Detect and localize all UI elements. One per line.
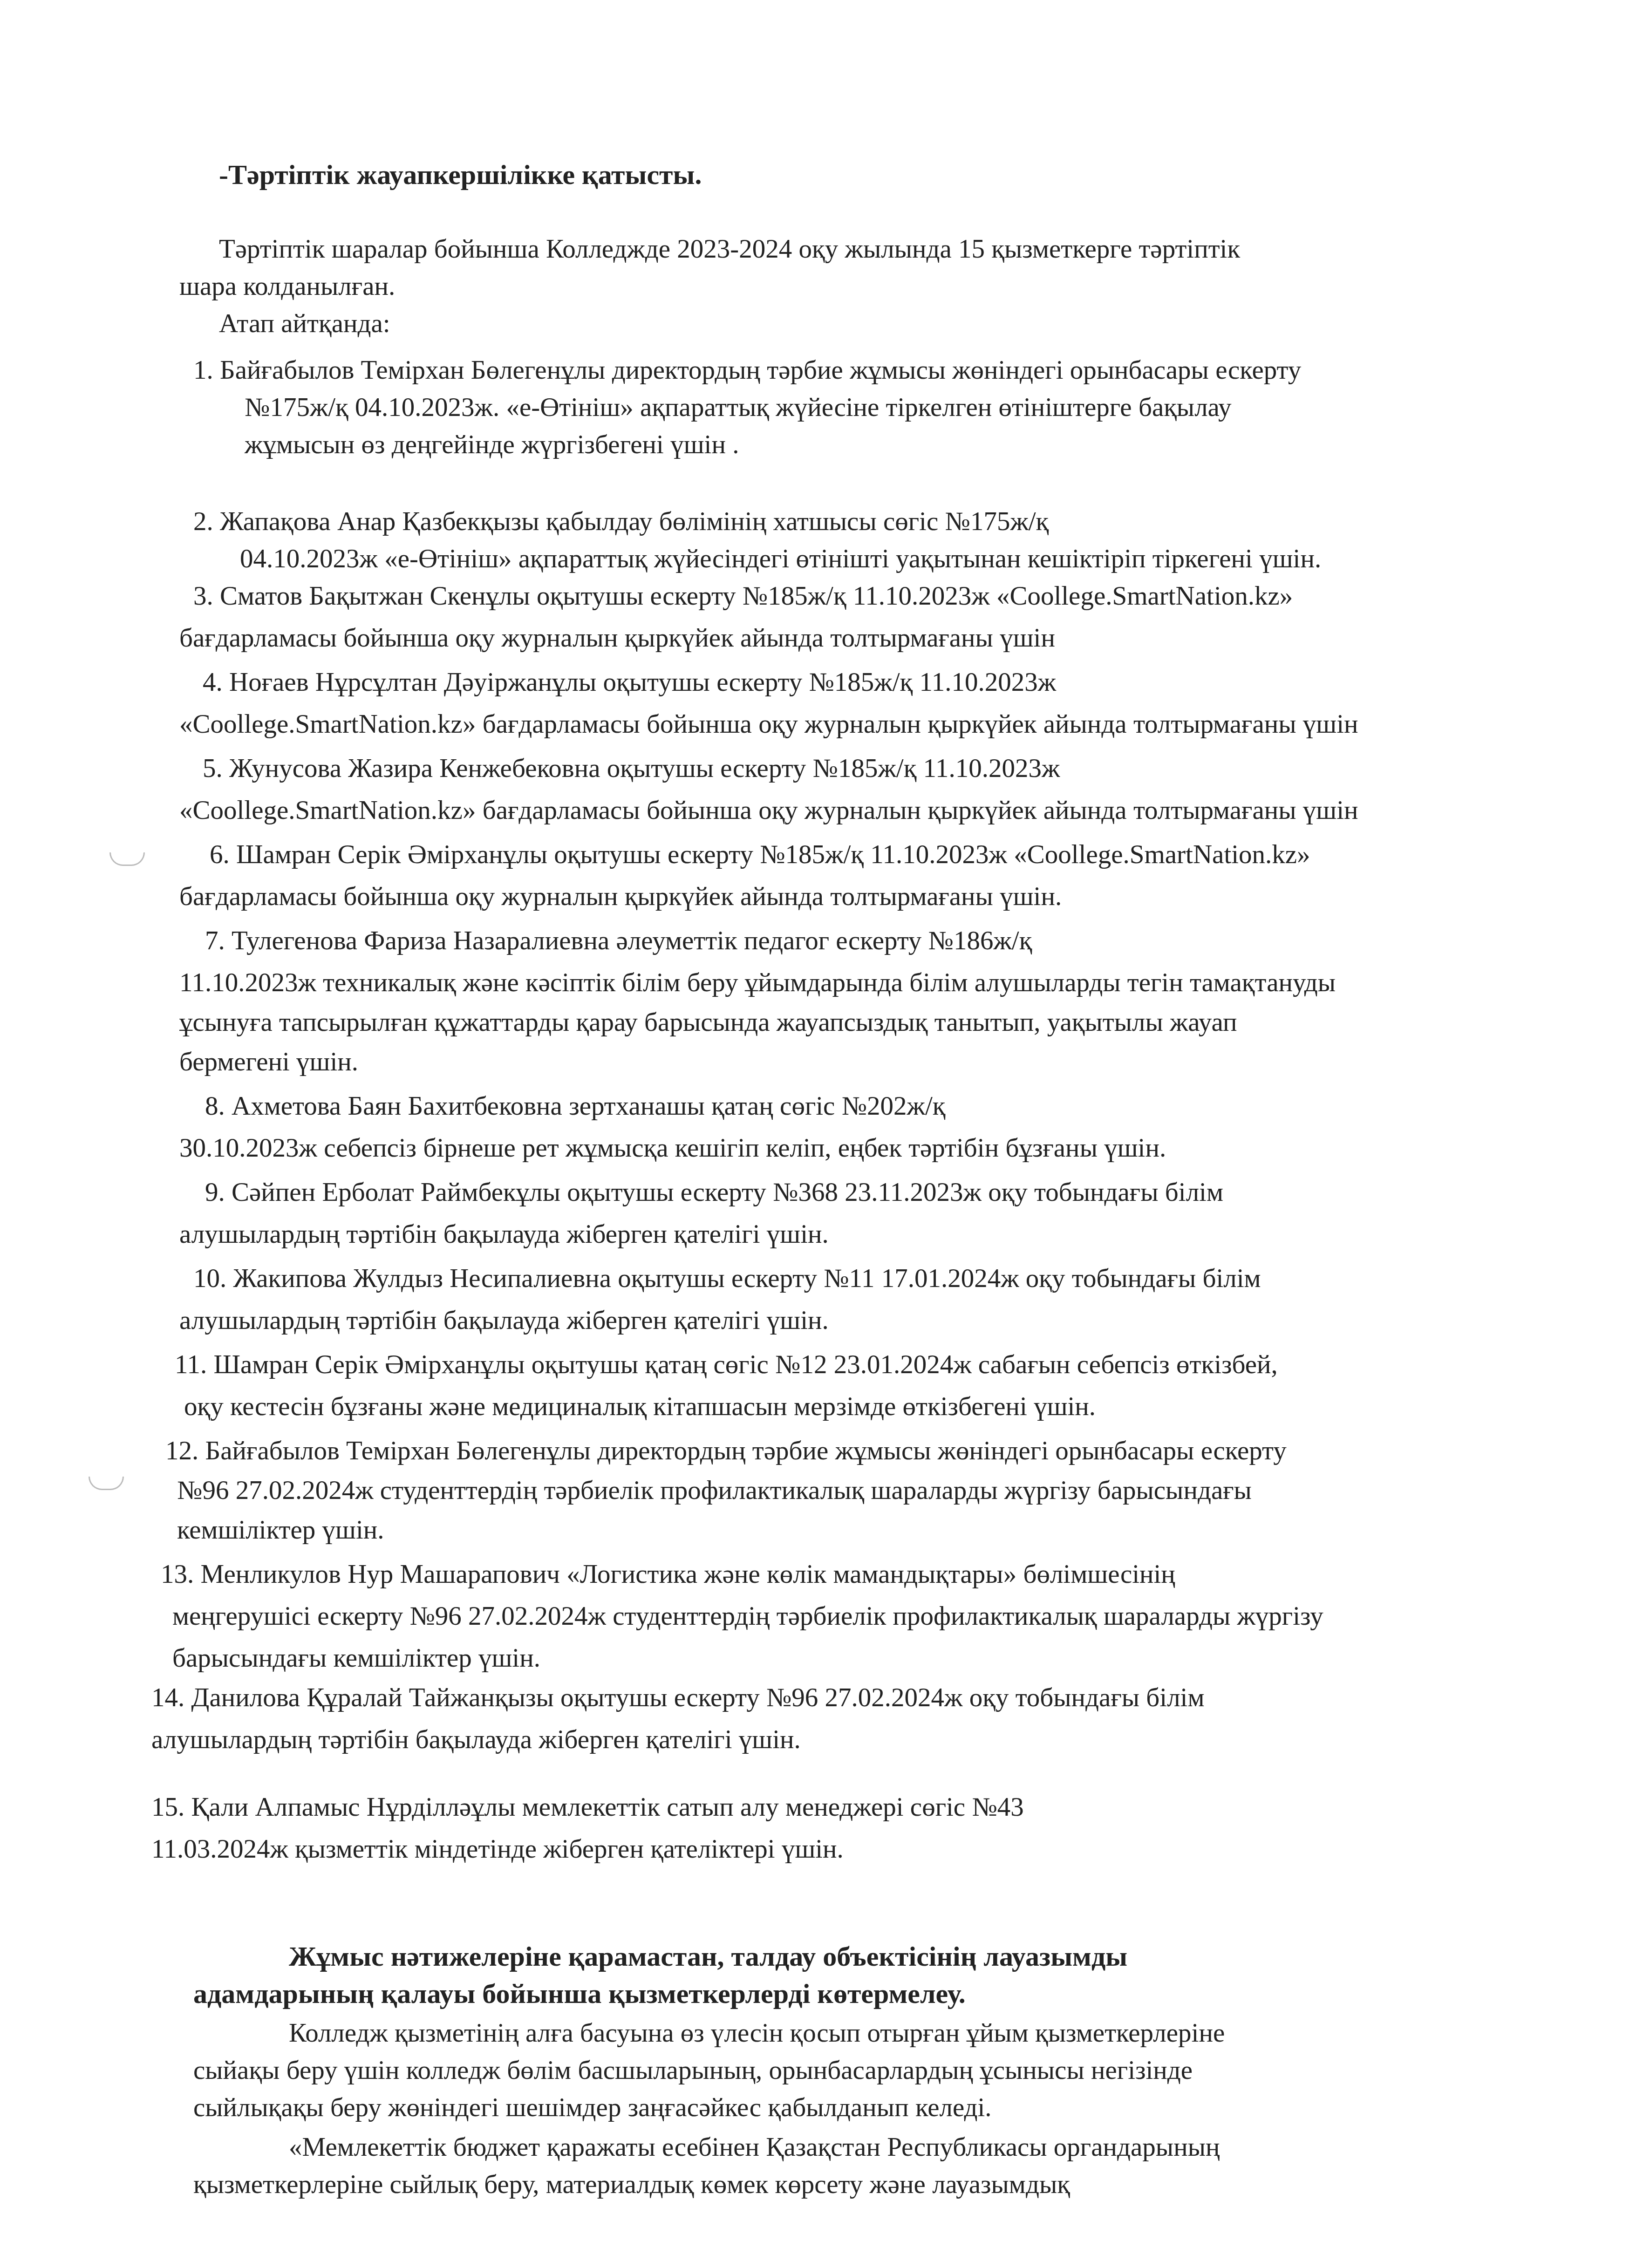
section-2-para-2-line-1: «Мемлекеттік бюджет қаражаты есебінен Қа… — [289, 2131, 1220, 2164]
intro-line-3: Атап айтқанда: — [219, 307, 390, 340]
item-9-line-2: алушылардың тәртібін бақылауда жіберген … — [179, 1218, 829, 1251]
item-13-line-3: барысындағы кемшіліктер үшін. — [172, 1642, 540, 1675]
item-12-line-2: №96 27.02.2024ж студенттердің тәрбиелік … — [177, 1474, 1252, 1507]
section-2-para-2-line-2: қызметкерлеріне сыйлық беру, материалдық… — [193, 2168, 1070, 2201]
item-5-line-1: 5. Жунусова Жазира Кенжебековна оқытушы … — [203, 752, 1060, 785]
item-13-line-1: 13. Менликулов Нур Машарапович «Логистик… — [161, 1558, 1175, 1591]
item-8-line-1: 8. Ахметова Баян Бахитбековна зертханашы… — [205, 1090, 945, 1123]
item-8-line-2: 30.10.2023ж себепсіз бірнеше рет жұмысқа… — [179, 1132, 1166, 1165]
item-15-line-2: 11.03.2024ж қызметтік міндетінде жіберге… — [151, 1833, 844, 1866]
item-6-line-2: бағдарламасы бойынша оқу журналын қыркүй… — [179, 880, 1062, 913]
item-1-line-2: №175ж/қ 04.10.2023ж. «е-Өтініш» ақпаратт… — [245, 391, 1232, 424]
section-2-para-1-line-3: сыйлықақы беру жөніндегі шешімдер заңғас… — [193, 2091, 992, 2124]
item-10-line-1: 10. Жакипова Жулдыз Несипалиевна оқытушы… — [193, 1262, 1261, 1295]
item-4-line-1: 4. Ноғаев Нұрсұлтан Дәуіржанұлы оқытушы … — [203, 666, 1056, 699]
item-10-line-2: алушылардың тәртібін бақылауда жіберген … — [179, 1304, 829, 1337]
item-2-line-2: 04.10.2023ж «е-Өтініш» ақпараттық жүйесі… — [240, 543, 1321, 575]
item-14-line-2: алушылардың тәртібін бақылауда жіберген … — [151, 1723, 801, 1756]
item-1-line-1: 1. Байғабылов Темірхан Бөлегенұлы директ… — [193, 354, 1301, 387]
punch-mark — [109, 852, 145, 866]
intro-line-1: Тәртіптік шаралар бойынша Колледжде 2023… — [219, 233, 1240, 266]
item-13-line-2: меңгерушісі ескерту №96 27.02.2024ж студ… — [172, 1600, 1323, 1633]
section-2-para-1-line-2: сыйақы беру үшін колледж бөлім басшылары… — [193, 2054, 1193, 2087]
intro-line-2: шара колданылған. — [179, 270, 395, 303]
item-14-line-1: 14. Данилова Құралай Тайжанқызы оқытушы … — [151, 1682, 1205, 1714]
item-12-line-3: кемшіліктер үшін. — [177, 1514, 384, 1546]
item-3-line-1: 3. Сматов Бақытжан Скенұлы оқытушы ескер… — [193, 580, 1293, 613]
item-11-line-2: оқу кестесін бұзғаны және медициналық кі… — [184, 1390, 1096, 1423]
item-2-line-1: 2. Жапақова Анар Қазбекқызы қабылдау бөл… — [193, 505, 1049, 538]
item-5-line-2: «Coollege.SmartNation.kz» бағдарламасы б… — [179, 794, 1358, 827]
item-4-line-2: «Coollege.SmartNation.kz» бағдарламасы б… — [179, 708, 1358, 741]
item-7-line-2: 11.10.2023ж техникалық және кәсіптік біл… — [179, 967, 1336, 999]
item-7-line-4: бермегені үшін. — [179, 1046, 358, 1078]
section-2-para-1-line-1: Колледж қызметінің алға басуына өз үлесі… — [289, 2017, 1225, 2050]
document-page: -Тәртіптік жауапкершілікке қатысты. Тәрт… — [0, 0, 1650, 2268]
item-15-line-1: 15. Қали Алпамыс Нұрділләұлы мемлекеттік… — [151, 1791, 1024, 1824]
item-7-line-3: ұсынуға тапсырылған құжаттарды қарау бар… — [179, 1006, 1237, 1039]
section-2-title-line-1: Жұмыс нәтижелеріне қарамастан, талдау об… — [289, 1940, 1127, 1973]
item-9-line-1: 9. Сәйпен Ерболат Раймбекұлы оқытушы еск… — [205, 1176, 1223, 1209]
item-6-line-1: 6. Шамран Серік Әмірханұлы оқытушы ескер… — [210, 838, 1310, 871]
section-2-title-line-2: адамдарының қалауы бойынша қызметкерлерд… — [193, 1977, 966, 2010]
item-3-line-2: бағдарламасы бойынша оқу журналын қыркүй… — [179, 622, 1055, 654]
item-7-line-1: 7. Тулегенова Фариза Назаралиевна әлеуме… — [205, 925, 1032, 957]
item-11-line-1: 11. Шамран Серік Әмірханұлы оқытушы қата… — [175, 1349, 1278, 1381]
item-12-line-1: 12. Байғабылов Темірхан Бөлегенұлы дирек… — [165, 1435, 1287, 1467]
section-heading: -Тәртіптік жауапкершілікке қатысты. — [219, 158, 702, 191]
item-1-line-3: жұмысын өз деңгейінде жүргізбегені үшін … — [245, 429, 739, 461]
punch-mark — [89, 1477, 124, 1490]
